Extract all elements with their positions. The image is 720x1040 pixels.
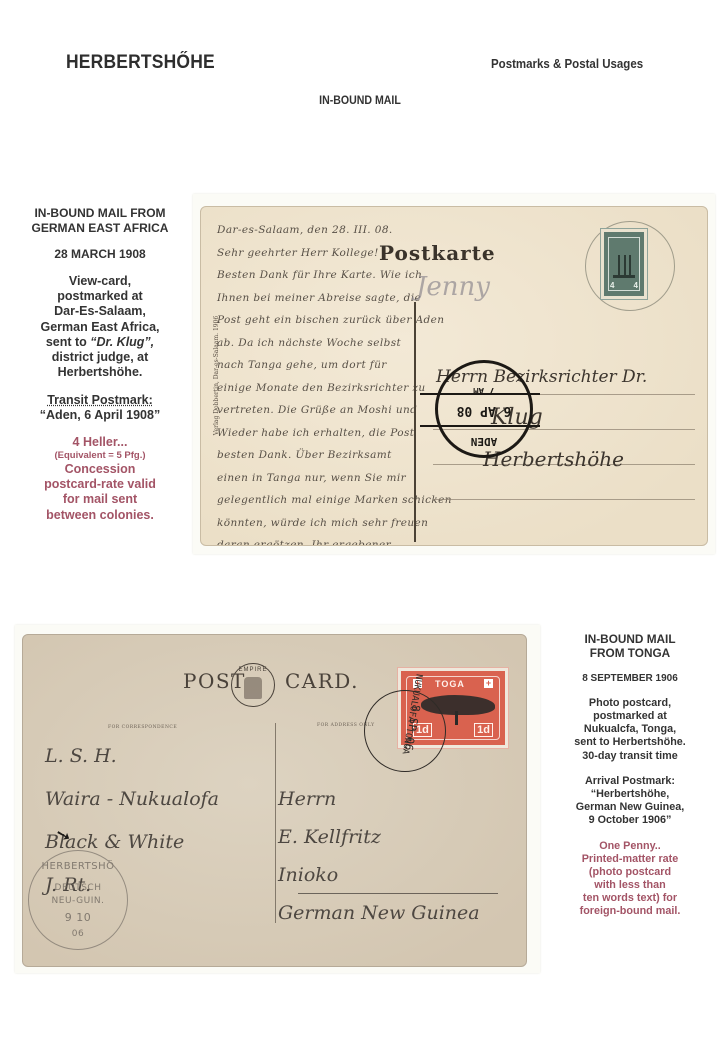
tree-trunk — [455, 711, 458, 725]
sent-to-prefix: sent to — [46, 335, 90, 349]
handwritten-message: Dar-es-Salaam, den 28. III. 08.Sehr geeh… — [217, 219, 452, 546]
handwritten-line: nach Tanga gehe, um dort für — [217, 354, 452, 377]
page-title: HERBERTSHŐHE — [66, 52, 215, 74]
exhibit2-arrival: Arrival Postmark: “Herbertshöhe, German … — [540, 775, 720, 828]
heading-line: GERMAN EAST AFRICA — [2, 221, 198, 236]
desc-line: Dar-Es-Salaam, — [2, 304, 198, 319]
stamp-value: 1d — [474, 723, 493, 737]
rate-line: ten words text) for — [540, 892, 720, 905]
exhibit2-description: Photo postcard, postmarked at Nukualcfa,… — [540, 697, 720, 763]
postmark-date: 8 SP 06 — [402, 704, 423, 752]
rate-line: between colonies. — [2, 508, 198, 523]
arrival-line: 9 October 1906” — [540, 814, 720, 827]
handwritten-line: Inioko — [278, 856, 480, 894]
address-underline — [298, 893, 498, 894]
card-divider — [414, 302, 416, 542]
rate-line: Printed-matter rate — [540, 853, 720, 866]
exhibit2-notes: IN-BOUND MAIL FROM TONGA 8 SEPTEMBER 190… — [540, 632, 720, 919]
transit-label: Transit Postmark: — [2, 393, 198, 408]
rate-title: 4 Heller... — [2, 435, 198, 450]
britannia-figure-icon — [244, 677, 262, 699]
rate-title: One Penny.. — [540, 840, 720, 853]
handwritten-address: HerrnE. KellfritzIniokoGerman New Guinea — [278, 780, 480, 932]
handwritten-line: einen in Tanga nur, wenn Sie mir — [217, 467, 452, 490]
desc-line: 30-day transit time — [540, 750, 720, 763]
handwritten-line: Wieder habe ich erhalten, die Post — [217, 422, 452, 445]
exhibit2-rate: One Penny.. Printed-matter rate (photo p… — [540, 840, 720, 919]
desc-line: Photo postcard, — [540, 697, 720, 710]
postcard-tonga: POST EMPIRE CARD. FOR CORRESPONDENCE FOR… — [22, 634, 527, 967]
rate-line: foreign-bound mail. — [540, 905, 720, 918]
exhibit1-rate: 4 Heller... (Equivalent = 5 Pfg.) Conces… — [2, 435, 198, 523]
printed-card: CARD. — [285, 669, 359, 693]
handwritten-line: Herrn — [278, 780, 480, 818]
rate-equivalent: (Equivalent = 5 Pfg.) — [2, 450, 198, 462]
handwritten-line: Post geht ein bischen zurück über Aden — [217, 309, 452, 332]
exhibit1-description: View-card, postmarked at Dar-Es-Salaam, … — [2, 274, 198, 381]
recipient-name: “Dr. Klug”, — [90, 335, 154, 349]
stamp-value: 4 — [634, 281, 638, 290]
card-divider — [275, 723, 276, 923]
nukualofa-postmark: NUKUALOFA TONGA 8 SP 06 — [364, 690, 446, 772]
handwritten-line: besten Dank. Über Bezirksamt — [217, 444, 452, 467]
desc-line: district judge, at — [2, 350, 198, 365]
postmark-line: 06 — [29, 929, 127, 939]
rate-line: for mail sent — [2, 492, 198, 507]
handwritten-line: vertreten. Die Grüße an Moshi und — [217, 399, 452, 422]
exhibit1-transit: Transit Postmark: “Aden, 6 April 1908” — [2, 393, 198, 424]
desc-line: German East Africa, — [2, 320, 198, 335]
desc-line: postmarked at — [2, 289, 198, 304]
postmark-line: 9 10 — [29, 911, 127, 924]
rate-line: postcard-rate valid — [2, 477, 198, 492]
handwritten-line: gelegentlich mal einige Marken schicken — [217, 489, 452, 512]
for-correspondence-label: FOR CORRESPONDENCE — [108, 725, 177, 730]
heading-line: IN-BOUND MAIL FROM — [2, 206, 198, 221]
exhibit1-date: 28 MARCH 1908 — [2, 247, 198, 262]
arrival-line: “Herbertshöhe, — [540, 788, 720, 801]
arrival-line: German New Guinea, — [540, 801, 720, 814]
exhibit1-heading: IN-BOUND MAIL FROM GERMAN EAST AFRICA — [2, 206, 198, 235]
postmark-time: 7 AM — [438, 385, 530, 395]
postmark-line: DEUTSCH — [29, 883, 127, 893]
handwritten-line: German New Guinea — [278, 894, 480, 932]
rate-line: Concession — [2, 462, 198, 477]
aden-transit-postmark: 6 AP 08 7 AM ADEN — [435, 360, 533, 458]
desc-line: postmarked at — [540, 710, 720, 723]
section-title: IN-BOUND MAIL — [29, 95, 691, 107]
printed-title: Postkarte — [379, 241, 496, 265]
arrival-label: Arrival Postmark: — [540, 775, 720, 788]
rate-line: (photo postcard — [540, 866, 720, 879]
address-line — [433, 499, 695, 500]
postmark-bar — [420, 425, 540, 427]
handwritten-line: L. S. H. — [45, 735, 219, 778]
desc-line: Nukualcfa, Tonga, — [540, 723, 720, 736]
yacht-icon — [613, 254, 635, 278]
postmark-line: NEU-GUIN. — [29, 896, 127, 906]
pencil-note: Jenny — [416, 272, 490, 302]
exhibit2-heading: IN-BOUND MAIL FROM TONGA — [540, 632, 720, 661]
herbertshoehe-arrival-postmark: HERBERTSHÖ DEUTSCH NEU-GUIN. 9 10 06 — [28, 850, 128, 950]
desc-line: sent to Herbertshöhe. — [540, 736, 720, 749]
heading-line: IN-BOUND MAIL — [540, 632, 720, 646]
empire-emblem-icon: EMPIRE — [231, 663, 275, 707]
desc-line: Herbertshöhe. — [2, 365, 198, 380]
postcard-german-east-africa: Verlag Dobbertin, Dar-es-Salaam. 1906 Da… — [200, 206, 708, 546]
desc-line: View-card, — [2, 274, 198, 289]
handwritten-line: Waira - Nukualofa — [45, 778, 219, 821]
rate-line: with less than — [540, 879, 720, 892]
red-cross-icon: + — [484, 679, 493, 688]
postmark-place: ADEN — [438, 435, 530, 448]
handwritten-line: E. Kellfritz — [278, 818, 480, 856]
page-subtitle: Postmarks & Postal Usages — [491, 57, 643, 71]
heading-line: FROM TONGA — [540, 646, 720, 660]
postmark-date: 6 AP 08 — [438, 403, 530, 418]
exhibit1-notes: IN-BOUND MAIL FROM GERMAN EAST AFRICA 28… — [2, 206, 198, 523]
postmark-line: HERBERTSHÖ — [29, 861, 127, 872]
desc-line: sent to “Dr. Klug”, — [2, 335, 198, 350]
handwritten-line: ab. Da ich nächste Woche selbst — [217, 332, 452, 355]
transit-value: “Aden, 6 April 1908” — [2, 408, 198, 423]
emblem-text: EMPIRE — [238, 667, 267, 673]
stamp-country: TOGA — [435, 679, 465, 689]
stamp-value: 4 — [610, 281, 614, 290]
stamp-deutsch-ostafrika-4-heller: 4 4 — [601, 229, 647, 299]
handwritten-line: daran ergötzen. Ihr ergebener — [217, 534, 452, 546]
handwritten-line: könnten, würde ich mich sehr freuen — [217, 512, 452, 535]
handwritten-line: einige Monate den Bezirksrichter zu — [217, 377, 452, 400]
handwritten-line: Dar-es-Salaam, den 28. III. 08. — [217, 219, 452, 242]
exhibit2-date: 8 SEPTEMBER 1906 — [540, 673, 720, 685]
